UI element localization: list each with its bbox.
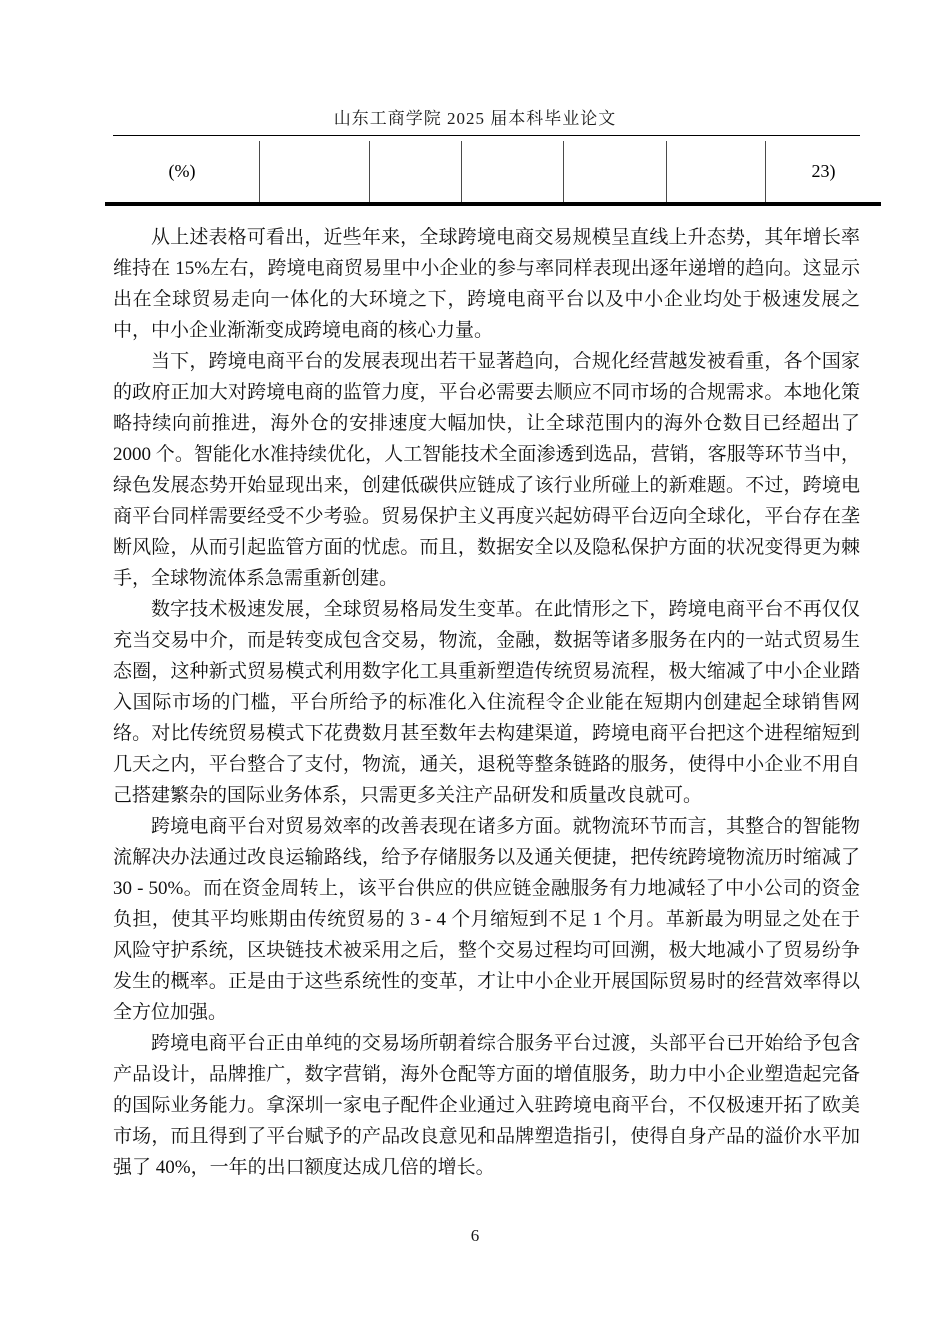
paragraph: 从上述表格可看出，近些年来，全球跨境电商交易规模呈直线上升态势，其年增长率维持在…	[113, 222, 860, 346]
paragraph: 跨境电商平台正由单纯的交易场所朝着综合服务平台过渡，头部平台已开始给予包含产品设…	[113, 1028, 860, 1183]
thesis-page: 山东工商学院 2025 届本科毕业论文 (%) 23) 从上述表格可看出，近些年…	[0, 0, 950, 1344]
paragraph: 跨境电商平台对贸易效率的改善表现在诸多方面。就物流环节而言，其整合的智能物流解决…	[113, 811, 860, 1028]
table-cell	[666, 141, 765, 202]
header-rule-divider	[113, 135, 860, 136]
table-cell	[369, 141, 461, 202]
page-number: 6	[0, 1226, 950, 1246]
continued-table-fragment: (%) 23)	[105, 141, 881, 206]
table-cell	[461, 141, 563, 202]
paragraph: 数字技术极速发展，全球贸易格局发生变革。在此情形之下，跨境电商平台不再仅仅充当交…	[113, 594, 860, 811]
table-cell: (%)	[105, 141, 259, 202]
table-cell	[563, 141, 666, 202]
body-text-block: 从上述表格可看出，近些年来，全球跨境电商交易规模呈直线上升态势，其年增长率维持在…	[113, 222, 860, 1183]
table-cell: 23)	[765, 141, 881, 202]
table-cell	[259, 141, 369, 202]
paragraph: 当下，跨境电商平台的发展表现出若干显著趋向，合规化经营越发被看重，各个国家的政府…	[113, 346, 860, 594]
running-header-title: 山东工商学院 2025 届本科毕业论文	[0, 104, 950, 129]
